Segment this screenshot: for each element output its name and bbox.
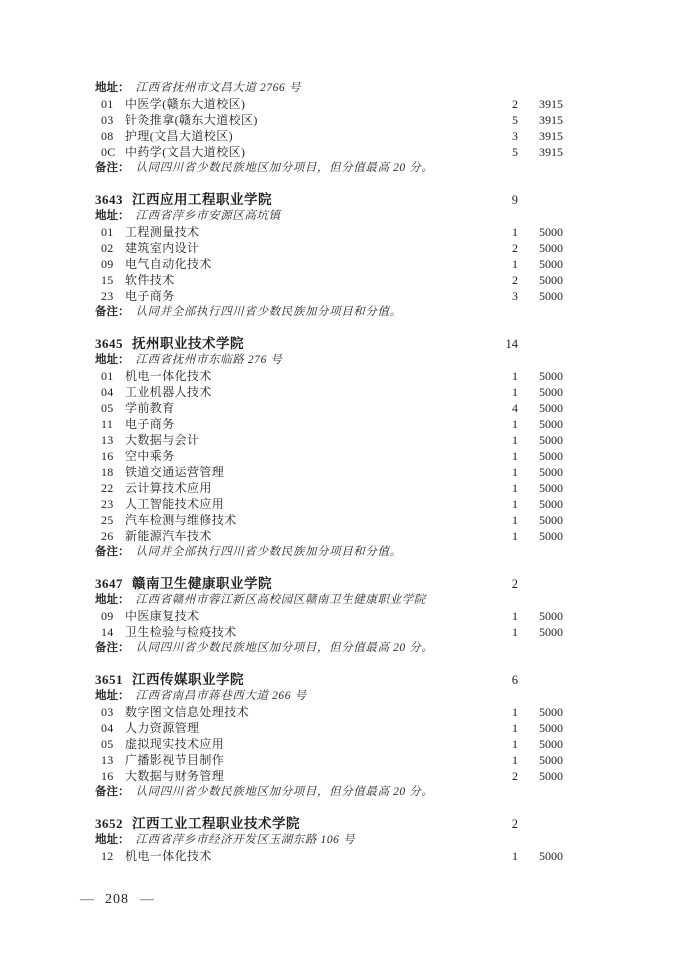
major-code: 05 [101, 400, 116, 416]
major-row: 09 中医康复技术 1 5000 [95, 608, 563, 624]
major-plan-count: 3 [482, 128, 518, 144]
major-plan-count: 1 [482, 704, 518, 720]
college-header: 3643 江西应用工程职业学院 9 [95, 192, 563, 208]
major-name: 云计算技术应用 [125, 480, 482, 496]
major-plan-count: 3 [482, 288, 518, 304]
major-plan-count: 1 [482, 512, 518, 528]
major-name: 空中乘务 [125, 448, 482, 464]
major-row: 05 学前教育 4 5000 [95, 400, 563, 416]
major-name: 工程测量技术 [125, 224, 482, 240]
major-code: 25 [101, 512, 116, 528]
major-code: 23 [101, 496, 116, 512]
major-tuition-fee: 3915 [518, 128, 563, 144]
major-code: 04 [101, 384, 116, 400]
major-rows: 01 工程测量技术 1 5000 02 建筑室内设计 2 5000 09 电气自… [95, 224, 563, 304]
address-text: 江西省赣州市蓉江新区高校园区赣南卫生健康职业学院 [136, 592, 426, 608]
note-label: 备注： [95, 160, 130, 176]
major-row: 16 大数据与财务管理 2 5000 [95, 768, 563, 784]
major-plan-count: 1 [482, 608, 518, 624]
note-text: 认同并全部执行四川省少数民族加分项目和分值。 [136, 544, 402, 560]
major-tuition-fee: 5000 [518, 608, 563, 624]
major-code: 09 [101, 256, 116, 272]
address-text: 江西省南昌市蒋巷西大道 266 号 [136, 688, 307, 704]
major-tuition-fee: 5000 [518, 224, 563, 240]
major-row: 01 中医学(赣东大道校区) 2 3915 [95, 96, 563, 112]
college-header: 3645 抚州职业技术学院 14 [95, 336, 563, 352]
major-tuition-fee: 5000 [518, 720, 563, 736]
college-section: 3651 江西传媒职业学院 6 地址： 江西省南昌市蒋巷西大道 266 号 03… [95, 672, 563, 800]
major-row: 26 新能源汽车技术 1 5000 [95, 528, 563, 544]
major-name: 大数据与会计 [125, 432, 482, 448]
major-row: 22 云计算技术应用 1 5000 [95, 480, 563, 496]
address-text: 江西省萍乡市安源区高坑镇 [136, 208, 281, 224]
major-name: 中医康复技术 [125, 608, 482, 624]
major-plan-count: 1 [482, 848, 518, 864]
major-name: 铁道交通运营管理 [125, 464, 482, 480]
major-row: 13 广播影视节目制作 1 5000 [95, 752, 563, 768]
college-name: 江西应用工程职业学院 [132, 192, 482, 208]
major-tuition-fee: 5000 [518, 432, 563, 448]
major-name: 汽车检测与维修技术 [125, 512, 482, 528]
address-label: 地址： [95, 592, 130, 608]
college-name: 抚州职业技术学院 [132, 336, 482, 352]
major-code: 05 [101, 736, 116, 752]
college-name: 江西工业工程职业技术学院 [132, 816, 482, 832]
major-plan-count: 2 [482, 272, 518, 288]
college-code: 3647 [95, 576, 123, 592]
major-tuition-fee: 3915 [518, 144, 563, 160]
admission-plan-list: 地址： 江西省抚州市文昌大道 2766 号 01 中医学(赣东大道校区) 2 3… [95, 80, 563, 864]
major-tuition-fee: 5000 [518, 480, 563, 496]
address-line: 地址： 江西省萍乡市安源区高坑镇 [95, 208, 563, 224]
major-name: 机电一体化技术 [125, 368, 482, 384]
college-name: 赣南卫生健康职业学院 [132, 576, 482, 592]
college-code: 3652 [95, 816, 123, 832]
major-tuition-fee: 5000 [518, 384, 563, 400]
major-code: 11 [101, 416, 116, 432]
college-total-count: 6 [482, 672, 518, 688]
major-tuition-fee: 5000 [518, 400, 563, 416]
major-row: 02 建筑室内设计 2 5000 [95, 240, 563, 256]
major-plan-count: 1 [482, 752, 518, 768]
major-rows: 01 机电一体化技术 1 5000 04 工业机器人技术 1 5000 05 学… [95, 368, 563, 544]
major-code: 23 [101, 288, 116, 304]
major-code: 22 [101, 480, 116, 496]
college-code: 3651 [95, 672, 123, 688]
major-code: 16 [101, 768, 116, 784]
major-code: 13 [101, 752, 116, 768]
address-line: 地址： 江西省萍乡市经济开发区玉湖东路 106 号 [95, 832, 563, 848]
college-section: 地址： 江西省抚州市文昌大道 2766 号 01 中医学(赣东大道校区) 2 3… [95, 80, 563, 176]
major-row: 18 铁道交通运营管理 1 5000 [95, 464, 563, 480]
major-plan-count: 2 [482, 240, 518, 256]
major-name: 针灸推拿(赣东大道校区) [125, 112, 482, 128]
major-rows: 01 中医学(赣东大道校区) 2 3915 03 针灸推拿(赣东大道校区) 5 … [95, 96, 563, 160]
major-code: 09 [101, 608, 116, 624]
major-tuition-fee: 5000 [518, 416, 563, 432]
major-name: 虚拟现实技术应用 [125, 736, 482, 752]
address-label: 地址： [95, 80, 130, 96]
note-line: 备注： 认同并全部执行四川省少数民族加分项目和分值。 [95, 544, 563, 560]
major-name: 人工智能技术应用 [125, 496, 482, 512]
major-name: 广播影视节目制作 [125, 752, 482, 768]
major-row: 14 卫生检验与检疫技术 1 5000 [95, 624, 563, 640]
major-tuition-fee: 5000 [518, 256, 563, 272]
address-line: 地址： 江西省南昌市蒋巷西大道 266 号 [95, 688, 563, 704]
note-line: 备注： 认同四川省少数民族地区加分项目，但分值最高 20 分。 [95, 160, 563, 176]
major-row: 11 电子商务 1 5000 [95, 416, 563, 432]
major-name: 大数据与财务管理 [125, 768, 482, 784]
major-tuition-fee: 5000 [518, 624, 563, 640]
major-tuition-fee: 5000 [518, 512, 563, 528]
major-plan-count: 1 [482, 256, 518, 272]
address-text: 江西省萍乡市经济开发区玉湖东路 106 号 [136, 832, 356, 848]
note-label: 备注： [95, 544, 130, 560]
major-plan-count: 1 [482, 416, 518, 432]
major-plan-count: 1 [482, 720, 518, 736]
major-name: 护理(文昌大道校区) [125, 128, 482, 144]
major-row: 0C 中药学(文昌大道校区) 5 3915 [95, 144, 563, 160]
major-row: 01 机电一体化技术 1 5000 [95, 368, 563, 384]
major-plan-count: 1 [482, 480, 518, 496]
major-tuition-fee: 5000 [518, 848, 563, 864]
major-plan-count: 1 [482, 736, 518, 752]
major-code: 01 [101, 368, 116, 384]
college-header: 3651 江西传媒职业学院 6 [95, 672, 563, 688]
major-name: 电气自动化技术 [125, 256, 482, 272]
major-code: 26 [101, 528, 116, 544]
major-row: 16 空中乘务 1 5000 [95, 448, 563, 464]
page-footer: — 208 — [80, 892, 154, 908]
major-name: 学前教育 [125, 400, 482, 416]
footer-dash-left: — [80, 892, 94, 908]
major-row: 08 护理(文昌大道校区) 3 3915 [95, 128, 563, 144]
college-section: 3652 江西工业工程职业技术学院 2 地址： 江西省萍乡市经济开发区玉湖东路 … [95, 816, 563, 864]
major-tuition-fee: 5000 [518, 768, 563, 784]
major-row: 03 针灸推拿(赣东大道校区) 5 3915 [95, 112, 563, 128]
major-code: 04 [101, 720, 116, 736]
note-label: 备注： [95, 304, 130, 320]
college-total-count: 9 [482, 192, 518, 208]
major-code: 15 [101, 272, 116, 288]
major-plan-count: 1 [482, 384, 518, 400]
major-plan-count: 1 [482, 528, 518, 544]
major-tuition-fee: 5000 [518, 496, 563, 512]
college-code: 3643 [95, 192, 123, 208]
address-text: 江西省抚州市东临路 276 号 [136, 352, 283, 368]
major-name: 中药学(文昌大道校区) [125, 144, 482, 160]
note-text: 认同并全部执行四川省少数民族加分项目和分值。 [136, 304, 402, 320]
major-code: 12 [101, 848, 116, 864]
major-tuition-fee: 3915 [518, 112, 563, 128]
major-code: 14 [101, 624, 116, 640]
address-line: 地址： 江西省赣州市蓉江新区高校园区赣南卫生健康职业学院 [95, 592, 563, 608]
major-row: 13 大数据与会计 1 5000 [95, 432, 563, 448]
major-name: 人力资源管理 [125, 720, 482, 736]
college-section: 3643 江西应用工程职业学院 9 地址： 江西省萍乡市安源区高坑镇 01 工程… [95, 192, 563, 320]
major-code: 03 [101, 704, 116, 720]
major-plan-count: 1 [482, 448, 518, 464]
address-line: 地址： 江西省抚州市东临路 276 号 [95, 352, 563, 368]
footer-dash-right: — [140, 892, 154, 908]
major-row: 04 工业机器人技术 1 5000 [95, 384, 563, 400]
major-tuition-fee: 5000 [518, 704, 563, 720]
note-line: 备注： 认同四川省少数民族地区加分项目，但分值最高 20 分。 [95, 640, 563, 656]
major-row: 04 人力资源管理 1 5000 [95, 720, 563, 736]
college-total-count: 14 [482, 336, 518, 352]
major-row: 12 机电一体化技术 1 5000 [95, 848, 563, 864]
major-name: 中医学(赣东大道校区) [125, 96, 482, 112]
address-text: 江西省抚州市文昌大道 2766 号 [136, 80, 301, 96]
note-text: 认同四川省少数民族地区加分项目，但分值最高 20 分。 [136, 784, 434, 800]
college-total-count: 2 [482, 576, 518, 592]
major-code: 18 [101, 464, 116, 480]
address-label: 地址： [95, 352, 130, 368]
address-label: 地址： [95, 688, 130, 704]
major-rows: 12 机电一体化技术 1 5000 [95, 848, 563, 864]
major-name: 数字图文信息处理技术 [125, 704, 482, 720]
college-section: 3645 抚州职业技术学院 14 地址： 江西省抚州市东临路 276 号 01 … [95, 336, 563, 560]
major-tuition-fee: 5000 [518, 240, 563, 256]
college-total-count: 2 [482, 816, 518, 832]
major-tuition-fee: 5000 [518, 752, 563, 768]
major-tuition-fee: 5000 [518, 448, 563, 464]
major-tuition-fee: 5000 [518, 528, 563, 544]
address-line: 地址： 江西省抚州市文昌大道 2766 号 [95, 80, 563, 96]
college-header: 3647 赣南卫生健康职业学院 2 [95, 576, 563, 592]
college-section: 3647 赣南卫生健康职业学院 2 地址： 江西省赣州市蓉江新区高校园区赣南卫生… [95, 576, 563, 656]
note-text: 认同四川省少数民族地区加分项目，但分值最高 20 分。 [136, 640, 434, 656]
major-code: 01 [101, 96, 116, 112]
major-plan-count: 1 [482, 464, 518, 480]
page-number: 208 [105, 892, 129, 908]
major-row: 23 电子商务 3 5000 [95, 288, 563, 304]
major-rows: 09 中医康复技术 1 5000 14 卫生检验与检疫技术 1 5000 [95, 608, 563, 640]
major-name: 新能源汽车技术 [125, 528, 482, 544]
major-name: 建筑室内设计 [125, 240, 482, 256]
major-tuition-fee: 3915 [518, 96, 563, 112]
major-name: 软件技术 [125, 272, 482, 288]
college-header: 3652 江西工业工程职业技术学院 2 [95, 816, 563, 832]
note-line: 备注： 认同并全部执行四川省少数民族加分项目和分值。 [95, 304, 563, 320]
major-code: 16 [101, 448, 116, 464]
major-tuition-fee: 5000 [518, 464, 563, 480]
major-code: 0C [101, 144, 116, 160]
college-code: 3645 [95, 336, 123, 352]
major-name: 电子商务 [125, 288, 482, 304]
major-name: 卫生检验与检疫技术 [125, 624, 482, 640]
note-text: 认同四川省少数民族地区加分项目，但分值最高 20 分。 [136, 160, 434, 176]
major-code: 03 [101, 112, 116, 128]
major-code: 08 [101, 128, 116, 144]
major-plan-count: 5 [482, 112, 518, 128]
major-row: 25 汽车检测与维修技术 1 5000 [95, 512, 563, 528]
major-row: 05 虚拟现实技术应用 1 5000 [95, 736, 563, 752]
major-plan-count: 1 [482, 624, 518, 640]
major-plan-count: 2 [482, 768, 518, 784]
note-label: 备注： [95, 640, 130, 656]
major-row: 09 电气自动化技术 1 5000 [95, 256, 563, 272]
college-name: 江西传媒职业学院 [132, 672, 482, 688]
major-row: 15 软件技术 2 5000 [95, 272, 563, 288]
major-row: 03 数字图文信息处理技术 1 5000 [95, 704, 563, 720]
major-tuition-fee: 5000 [518, 736, 563, 752]
major-plan-count: 1 [482, 368, 518, 384]
major-tuition-fee: 5000 [518, 288, 563, 304]
document-page: 地址： 江西省抚州市文昌大道 2766 号 01 中医学(赣东大道校区) 2 3… [0, 0, 680, 961]
major-plan-count: 1 [482, 432, 518, 448]
major-rows: 03 数字图文信息处理技术 1 5000 04 人力资源管理 1 5000 05… [95, 704, 563, 784]
address-label: 地址： [95, 832, 130, 848]
major-code: 01 [101, 224, 116, 240]
major-row: 01 工程测量技术 1 5000 [95, 224, 563, 240]
major-name: 机电一体化技术 [125, 848, 482, 864]
address-label: 地址： [95, 208, 130, 224]
major-name: 工业机器人技术 [125, 384, 482, 400]
major-plan-count: 2 [482, 96, 518, 112]
major-code: 13 [101, 432, 116, 448]
major-code: 02 [101, 240, 116, 256]
major-plan-count: 1 [482, 224, 518, 240]
note-line: 备注： 认同四川省少数民族地区加分项目，但分值最高 20 分。 [95, 784, 563, 800]
major-plan-count: 4 [482, 400, 518, 416]
major-plan-count: 5 [482, 144, 518, 160]
major-tuition-fee: 5000 [518, 368, 563, 384]
major-tuition-fee: 5000 [518, 272, 563, 288]
major-plan-count: 1 [482, 496, 518, 512]
note-label: 备注： [95, 784, 130, 800]
major-row: 23 人工智能技术应用 1 5000 [95, 496, 563, 512]
major-name: 电子商务 [125, 416, 482, 432]
